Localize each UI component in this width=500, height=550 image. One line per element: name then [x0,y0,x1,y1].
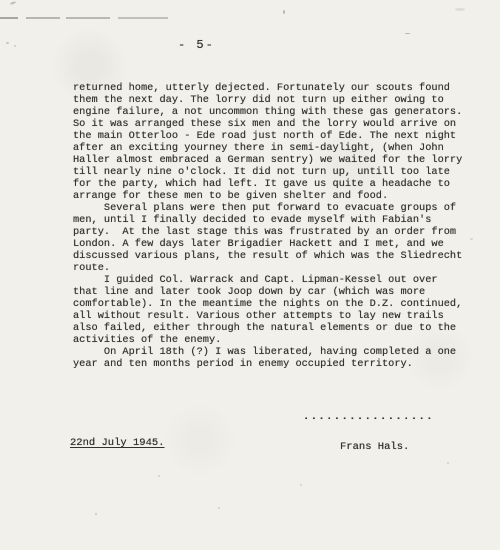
text-line: year and ten months period in enemy occu… [73,358,473,370]
text-line: all without result. Various other attemp… [73,310,473,322]
text-line: route. [73,262,473,274]
text-line: comfortable). In the meantime the nights… [73,298,473,310]
scan-artifact-line [0,17,168,19]
scan-speck [283,10,285,14]
signature-dotted-line: ................. [303,411,434,423]
text-line: Haller almost embraced a German sentry) … [73,154,473,166]
scan-speck [158,475,160,477]
text-line: I guided Col. Warrack and Capt. Lipman-K… [73,274,473,286]
scan-speck [447,462,449,464]
scan-speck [95,513,97,515]
document-date: 22nd July 1945. [70,437,165,449]
text-line: Several plans were then put forward to e… [73,202,473,214]
text-line: On April 18th (?) I was liberated, havin… [73,346,473,358]
scan-speck [405,33,410,34]
text-line: men, until I finally decided to evade my… [73,214,473,226]
text-line: party. At the last stage this was frustr… [73,226,473,238]
text-line: that line and later took Joop down by ca… [73,286,473,298]
text-line: returned home, utterly dejected. Fortuna… [73,82,473,94]
text-line: the main Otterloo - Ede road just north … [73,130,473,142]
text-line: activities of the enemy. [73,334,473,346]
scanned-document-page: - 5- returned home, utterly dejected. Fo… [0,0,500,550]
text-line: for the party, which had left. It gave u… [73,178,473,190]
text-line: discussed various plans, the result of w… [73,250,473,262]
text-line: after an exciting yourney there in semi-… [73,142,473,154]
text-line: till nearly nine o'clock. It did not tur… [73,166,473,178]
signature-name: Frans Hals. [340,441,409,453]
scan-speck [10,1,16,5]
document-body: returned home, utterly dejected. Fortuna… [73,82,473,370]
text-line: engine failure, a not uncommon thing wit… [73,106,473,118]
scan-speck [14,45,16,47]
page-number: - 5- [178,38,215,52]
text-line: London. A few days later Brigadier Hacke… [73,238,473,250]
scan-speck [218,507,220,509]
text-line: also failed, either through the natural … [73,322,473,334]
text-line: them the next day. The lorry did not tur… [73,94,473,106]
scan-speck [455,8,465,11]
text-line: arrange for these men to be given shelte… [73,190,473,202]
text-line: So it was arranged these six men and the… [73,118,473,130]
scan-speck [6,42,9,44]
scan-speck [300,484,302,486]
